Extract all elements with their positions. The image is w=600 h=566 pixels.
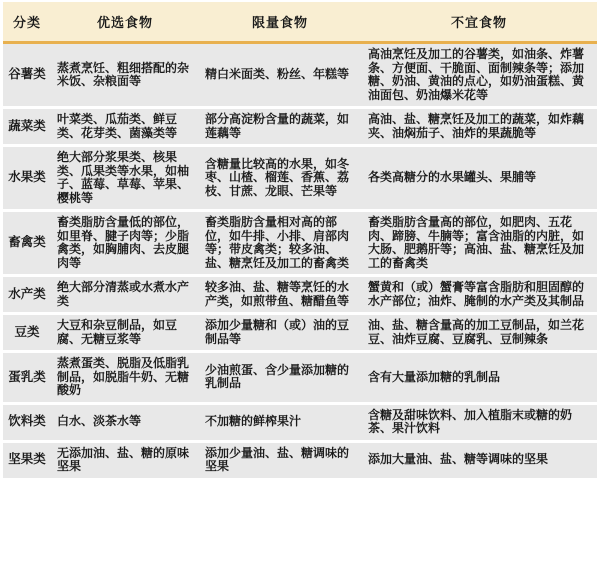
cell-preferred: 无添加油、盐、糖的原味坚果 bbox=[51, 447, 199, 474]
table-row: 蛋乳类蒸煮蛋类、脱脂及低脂乳制品，如脱脂牛奶、无糖酸奶少油煎蛋、含少量添加糖的乳… bbox=[3, 353, 597, 402]
cell-avoid: 畜类脂肪含量高的部位，如肥肉、五花肉、蹄膀、牛腩等；富含油脂的内脏，如大肠、肥鹅… bbox=[361, 216, 597, 270]
cell-avoid: 蟹黄和（或）蟹膏等富含脂肪和胆固醇的水产部位；油炸、腌制的水产类及其制品 bbox=[361, 281, 597, 308]
cell-preferred: 绝大部分清蒸或水煮水产类 bbox=[51, 281, 199, 308]
cell-avoid: 高油、盐、糖烹饪及加工的蔬菜，如炸藕夹、油焖茄子、油炸的果蔬脆等 bbox=[361, 113, 597, 140]
cell-avoid: 添加大量油、盐、糖等调味的坚果 bbox=[361, 453, 597, 467]
cell-category: 饮料类 bbox=[3, 415, 51, 429]
cell-limited: 畜类脂肪含量相对高的部位，如牛排、小排、肩部肉等；带皮禽类；较多油、盐、糖烹饪及… bbox=[199, 216, 361, 270]
table-row: 豆类大豆和杂豆制品，如豆腐、无糖豆浆等添加少量糖和（或）油的豆制品等油、盐、糖含… bbox=[3, 315, 597, 350]
table-row: 谷薯类蒸煮烹饪、粗细搭配的杂米饭、杂粮面等精白米面类、粉丝、年糕等高油烹饪及加工… bbox=[3, 44, 597, 106]
table-row: 水产类绝大部分清蒸或水煮水产类较多油、盐、糖等烹饪的水产类，如煎带鱼、糖醋鱼等蟹… bbox=[3, 277, 597, 312]
table-row: 水果类绝大部分浆果类、核果类、瓜果类等水果，如柚子、蓝莓、草莓、苹果、樱桃等含糖… bbox=[3, 147, 597, 209]
header-category: 分类 bbox=[3, 12, 51, 31]
cell-preferred: 叶菜类、瓜茄类、鲜豆类、花芽类、菌藻类等 bbox=[51, 113, 199, 140]
table-row: 蔬菜类叶菜类、瓜茄类、鲜豆类、花芽类、菌藻类等部分高淀粉含量的蔬菜，如莲藕等高油… bbox=[3, 109, 597, 144]
cell-avoid: 各类高糖分的水果罐头、果脯等 bbox=[361, 171, 597, 185]
cell-preferred: 大豆和杂豆制品，如豆腐、无糖豆浆等 bbox=[51, 319, 199, 346]
cell-avoid: 油、盐、糖含量高的加工豆制品，如兰花豆、油炸豆腐、豆腐乳、豆制辣条 bbox=[361, 319, 597, 346]
cell-category: 畜禽类 bbox=[3, 236, 51, 250]
cell-category: 蛋乳类 bbox=[3, 371, 51, 385]
cell-preferred: 白水、淡茶水等 bbox=[51, 415, 199, 429]
table-row: 坚果类无添加油、盐、糖的原味坚果添加少量油、盐、糖调味的坚果添加大量油、盐、糖等… bbox=[3, 443, 597, 478]
cell-category: 豆类 bbox=[3, 326, 51, 340]
cell-limited: 少油煎蛋、含少量添加糖的乳制品 bbox=[199, 364, 361, 391]
header-avoid-foods: 不宜食物 bbox=[361, 12, 597, 31]
cell-avoid: 高油烹饪及加工的谷薯类，如油条、炸薯条、方便面、干脆面、面制辣条等；添加糖、奶油… bbox=[361, 48, 597, 102]
cell-category: 水果类 bbox=[3, 171, 51, 185]
cell-limited: 添加少量油、盐、糖调味的坚果 bbox=[199, 447, 361, 474]
header-limited-foods: 限量食物 bbox=[199, 12, 361, 31]
table-row: 饮料类白水、淡茶水等不加糖的鲜榨果汁含糖及甜味饮料、加入植脂末或糖的奶茶、果汁饮… bbox=[3, 405, 597, 440]
cell-category: 坚果类 bbox=[3, 453, 51, 467]
table-row: 畜禽类畜类脂肪含量低的部位，如里脊、腱子肉等；少脂禽类，如胸脯肉、去皮腿肉等畜类… bbox=[3, 212, 597, 274]
cell-category: 水产类 bbox=[3, 288, 51, 302]
cell-preferred: 蒸煮蛋类、脱脂及低脂乳制品，如脱脂牛奶、无糖酸奶 bbox=[51, 357, 199, 398]
cell-limited: 较多油、盐、糖等烹饪的水产类，如煎带鱼、糖醋鱼等 bbox=[199, 281, 361, 308]
food-guide-table: 分类 优选食物 限量食物 不宜食物 谷薯类蒸煮烹饪、粗细搭配的杂米饭、杂粮面等精… bbox=[0, 0, 600, 478]
cell-limited: 含糖量比较高的水果，如冬枣、山楂、榴莲、香蕉、荔枝、甘蔗、龙眼、芒果等 bbox=[199, 158, 361, 199]
cell-limited: 部分高淀粉含量的蔬菜，如莲藕等 bbox=[199, 113, 361, 140]
cell-limited: 添加少量糖和（或）油的豆制品等 bbox=[199, 319, 361, 346]
cell-category: 蔬菜类 bbox=[3, 120, 51, 134]
cell-avoid: 含有大量添加糖的乳制品 bbox=[361, 371, 597, 385]
header-preferred-foods: 优选食物 bbox=[51, 12, 199, 31]
table-body: 谷薯类蒸煮烹饪、粗细搭配的杂米饭、杂粮面等精白米面类、粉丝、年糕等高油烹饪及加工… bbox=[3, 44, 597, 478]
cell-avoid: 含糖及甜味饮料、加入植脂末或糖的奶茶、果汁饮料 bbox=[361, 409, 597, 436]
cell-category: 谷薯类 bbox=[3, 68, 51, 82]
cell-preferred: 绝大部分浆果类、核果类、瓜果类等水果，如柚子、蓝莓、草莓、苹果、樱桃等 bbox=[51, 151, 199, 205]
cell-limited: 精白米面类、粉丝、年糕等 bbox=[199, 68, 361, 82]
cell-limited: 不加糖的鲜榨果汁 bbox=[199, 415, 361, 429]
cell-preferred: 畜类脂肪含量低的部位，如里脊、腱子肉等；少脂禽类，如胸脯肉、去皮腿肉等 bbox=[51, 216, 199, 270]
table-header-row: 分类 优选食物 限量食物 不宜食物 bbox=[3, 2, 597, 44]
cell-preferred: 蒸煮烹饪、粗细搭配的杂米饭、杂粮面等 bbox=[51, 62, 199, 89]
